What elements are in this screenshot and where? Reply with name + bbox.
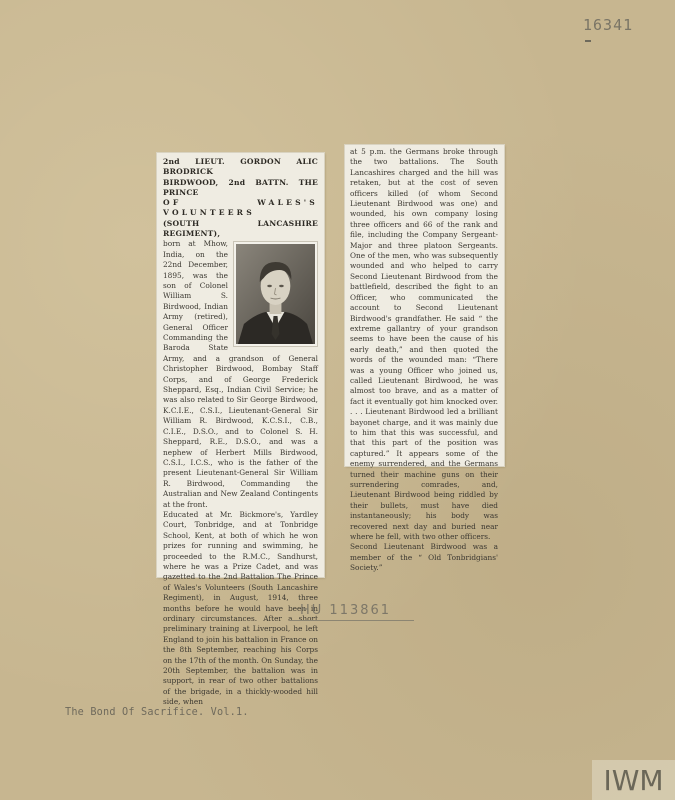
- reference-number: 16341: [583, 16, 633, 34]
- biography-paragraph-3: at 5 p.m. the Germans broke through the …: [350, 147, 498, 542]
- headline-line-4: (SOUTH LANCASHIRE REGIMENT),: [163, 219, 318, 240]
- clipping-right: at 5 p.m. the Germans broke through the …: [345, 145, 504, 466]
- source-caption: The Bond Of Sacrifice. Vol.1.: [65, 707, 249, 718]
- biography-paragraph-4: Second Lieutenant Birdwood was a member …: [350, 542, 498, 573]
- iwm-logo: IWM: [592, 760, 675, 800]
- headline-line-3: OF WALES'S VOLUNTEERS: [163, 198, 318, 219]
- clipping-left: 2nd LIEUT. GORDON ALIC BRODRICK BIRDWOOD…: [157, 153, 324, 577]
- headline-line-2: BIRDWOOD, 2nd BATTN. THE PRINCE: [163, 178, 318, 199]
- biography-paragraph-2: Educated at Mr. Bickmore's, Yardley Cour…: [163, 510, 318, 708]
- hu-reference: HU 113861: [300, 603, 391, 618]
- portrait-image-icon: [236, 244, 315, 344]
- clipping-left-content: 2nd LIEUT. GORDON ALIC BRODRICK BIRDWOOD…: [163, 157, 318, 708]
- hu-reference-underline: [289, 620, 414, 621]
- headline-line-1: 2nd LIEUT. GORDON ALIC BRODRICK: [163, 157, 318, 178]
- clipping-right-content: at 5 p.m. the Germans broke through the …: [350, 147, 498, 574]
- portrait-photo: [233, 241, 318, 347]
- reference-dash: [585, 40, 591, 42]
